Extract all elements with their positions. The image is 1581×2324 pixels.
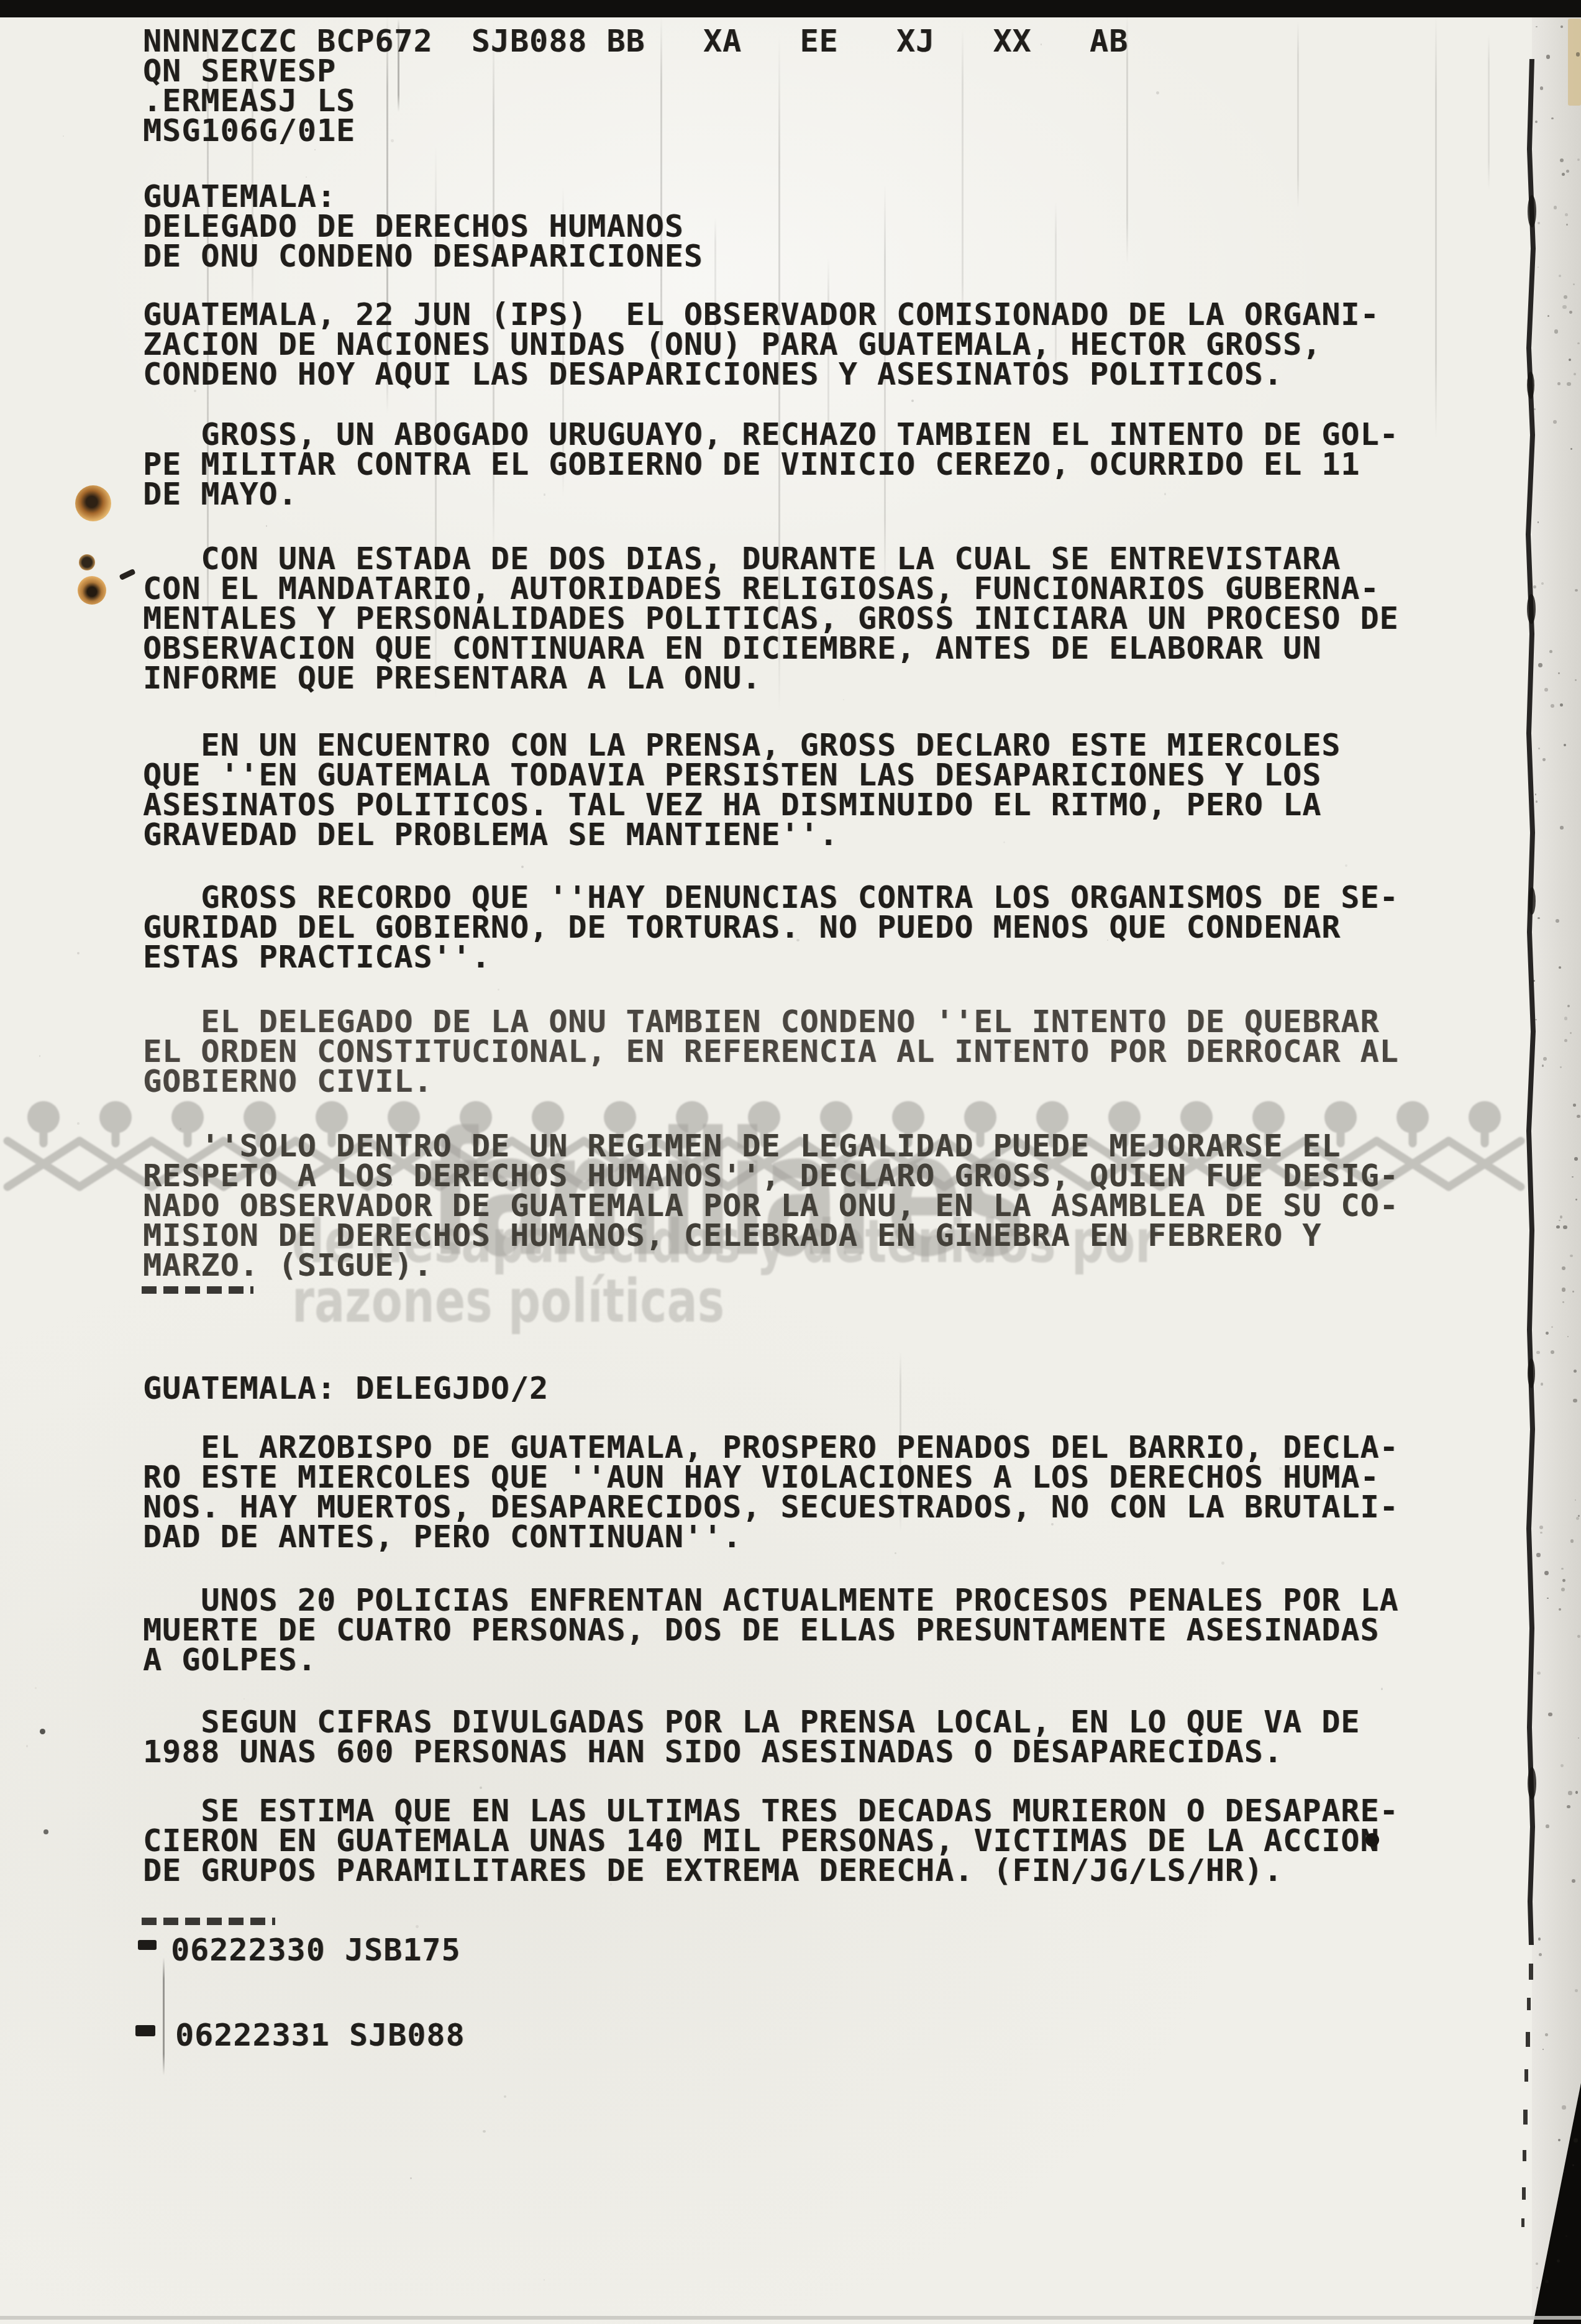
noise-speck bbox=[1562, 305, 1566, 309]
noise-speck bbox=[769, 1137, 772, 1140]
scan-bottom-edge-line bbox=[0, 2316, 1581, 2320]
noise-speck bbox=[1570, 1539, 1574, 1542]
noise-speck bbox=[1560, 1215, 1562, 1218]
noise-speck bbox=[1572, 1291, 1574, 1292]
noise-speck bbox=[1558, 672, 1560, 674]
noise-speck bbox=[1573, 1104, 1575, 1106]
noise-speck bbox=[1546, 1824, 1549, 1828]
noise-speck bbox=[1051, 1523, 1054, 1526]
rust-spot-large bbox=[75, 485, 111, 521]
noise-speck bbox=[969, 1816, 972, 1819]
noise-speck bbox=[1381, 1688, 1383, 1690]
noise-speck bbox=[180, 1128, 181, 1129]
noise-speck bbox=[1570, 1032, 1572, 1034]
noise-speck bbox=[1551, 117, 1553, 119]
noise-speck bbox=[1572, 1176, 1574, 1178]
noise-speck bbox=[1559, 1608, 1561, 1611]
noise-speck bbox=[504, 2095, 506, 2098]
noise-speck bbox=[1536, 1351, 1539, 1354]
noise-speck bbox=[1578, 1737, 1579, 1739]
noise-speck bbox=[1573, 283, 1575, 285]
scan-crease-streak bbox=[1435, 16, 1437, 438]
noise-speck bbox=[1542, 758, 1545, 761]
noise-speck bbox=[1533, 980, 1535, 982]
typed-block-paragraph: GROSS RECORDO QUE ''HAY DENUNCIAS CONTRA… bbox=[143, 882, 1399, 972]
noise-speck bbox=[1559, 966, 1560, 968]
noise-speck bbox=[1544, 1571, 1549, 1575]
noise-speck bbox=[306, 176, 307, 178]
dashed-rule-end bbox=[142, 1918, 275, 1925]
noise-speck bbox=[1551, 704, 1554, 708]
noise-speck bbox=[1541, 1383, 1544, 1386]
noise-speck bbox=[77, 1122, 80, 1125]
rust-spot-small bbox=[79, 554, 95, 570]
typed-block-routing-header: NNNNZCZC BCP672 SJB088 BB XA EE XJ XX AB… bbox=[143, 26, 1128, 145]
typed-block-paragraph: ''SOLO DENTRO DE UN REGIMEN DE LEGALIDAD… bbox=[143, 1131, 1399, 1280]
noise-speck bbox=[1575, 589, 1577, 592]
noise-speck bbox=[947, 1010, 948, 1011]
noise-speck bbox=[498, 989, 499, 990]
noise-speck bbox=[633, 586, 636, 588]
noise-speck bbox=[1546, 1332, 1549, 1335]
noise-speck bbox=[1562, 2105, 1566, 2110]
noise-speck bbox=[1538, 521, 1539, 523]
noise-speck bbox=[1574, 2138, 1578, 2143]
noise-speck bbox=[1567, 1805, 1570, 1809]
typed-block-section-header: GUATEMALA: DELEGJDO/2 bbox=[143, 1373, 549, 1403]
serial-number-line-1: 06222330 JSB175 bbox=[171, 1935, 461, 1965]
noise-speck bbox=[1538, 663, 1542, 667]
rust-spot-medium bbox=[78, 576, 106, 605]
serial-bullet-2 bbox=[135, 2025, 155, 2036]
noise-speck bbox=[1545, 2033, 1548, 2036]
noise-speck bbox=[1574, 373, 1576, 375]
noise-speck bbox=[895, 1552, 896, 1554]
noise-speck bbox=[544, 493, 545, 495]
noise-speck bbox=[39, 1055, 41, 1057]
scan-crease-streak bbox=[1297, 22, 1299, 208]
noise-speck bbox=[1560, 703, 1563, 707]
noise-speck bbox=[1560, 1764, 1564, 1767]
noise-speck bbox=[1540, 86, 1544, 90]
noise-speck bbox=[688, 309, 690, 311]
ink-speck-1 bbox=[40, 1729, 45, 1734]
noise-speck bbox=[1562, 173, 1565, 176]
noise-speck bbox=[1573, 1399, 1577, 1402]
noise-speck bbox=[1556, 919, 1559, 923]
noise-speck bbox=[1537, 1672, 1541, 1675]
noise-speck bbox=[1565, 213, 1568, 216]
noise-speck bbox=[1541, 582, 1544, 585]
noise-speck bbox=[483, 2130, 485, 2133]
noise-speck bbox=[1575, 1199, 1577, 1201]
typed-block-paragraph: CON UNA ESTADA DE DOS DIAS, DURANTE LA C… bbox=[143, 544, 1399, 693]
scan-crease-streak bbox=[1488, 34, 1490, 190]
noise-speck bbox=[1561, 1568, 1563, 1570]
noise-speck bbox=[1164, 493, 1167, 495]
serial-bullet-1 bbox=[138, 1940, 157, 1950]
noise-speck bbox=[610, 1883, 613, 1885]
telex-scan-page: familiares de desaparecidos y detenidos … bbox=[0, 0, 1581, 2324]
noise-speck bbox=[26, 1745, 28, 1747]
noise-speck bbox=[1557, 2259, 1560, 2262]
noise-speck bbox=[1564, 2171, 1566, 2173]
noise-speck bbox=[1543, 1057, 1547, 1061]
typed-block-paragraph: SEGUN CIFRAS DIVULGADAS POR LA PRENSA LO… bbox=[143, 1707, 1360, 1767]
noise-speck bbox=[1156, 91, 1159, 94]
noise-speck bbox=[1540, 1532, 1542, 1534]
noise-speck bbox=[1279, 1467, 1282, 1470]
noise-speck bbox=[266, 525, 267, 526]
typed-block-paragraph: EN UN ENCUENTRO CON LA PRENSA, GROSS DEC… bbox=[143, 730, 1341, 849]
noise-speck bbox=[1569, 359, 1571, 361]
typed-block-paragraph: SE ESTIMA QUE EN LAS ULTIMAS TRES DECADA… bbox=[143, 1796, 1399, 1885]
tan-edge-sliver bbox=[1568, 19, 1581, 106]
noise-speck bbox=[1560, 826, 1564, 830]
scan-top-edge-bar bbox=[0, 0, 1581, 17]
noise-speck bbox=[1539, 1526, 1543, 1529]
noise-speck bbox=[35, 1687, 37, 1689]
noise-speck bbox=[314, 149, 316, 150]
noise-speck bbox=[736, 1841, 738, 1843]
noise-speck bbox=[416, 1925, 419, 1928]
noise-speck bbox=[1570, 1255, 1573, 1258]
noise-speck bbox=[1569, 311, 1572, 314]
scan-edge-jagged-line bbox=[1519, 0, 1557, 2324]
noise-speck bbox=[1570, 448, 1572, 450]
noise-speck bbox=[1546, 55, 1550, 58]
noise-speck bbox=[1574, 1370, 1577, 1373]
noise-speck bbox=[1533, 585, 1536, 588]
noise-speck bbox=[1564, 1017, 1567, 1020]
noise-speck bbox=[77, 952, 80, 954]
typed-block-headline: GUATEMALA: DELEGADO DE DERECHOS HUMANOS … bbox=[143, 181, 703, 271]
noise-speck bbox=[391, 139, 393, 142]
noise-speck bbox=[521, 866, 524, 868]
noise-speck bbox=[63, 135, 64, 137]
noise-speck bbox=[1538, 917, 1540, 920]
typed-block-paragraph: GROSS, UN ABOGADO URUGUAYO, RECHAZO TAMB… bbox=[143, 419, 1399, 509]
noise-speck bbox=[1567, 1005, 1570, 1007]
typed-block-paragraph: EL DELEGADO DE LA ONU TAMBIEN CONDENO ''… bbox=[143, 1007, 1399, 1096]
typed-block-paragraph: GUATEMALA, 22 JUN (IPS) EL OBSERVADOR CO… bbox=[143, 300, 1380, 389]
noise-speck bbox=[1576, 52, 1580, 56]
serial-number-line-2: 06222331 SJB088 bbox=[175, 2020, 465, 2050]
noise-speck bbox=[244, 1698, 245, 1700]
noise-speck bbox=[1562, 1579, 1565, 1582]
noise-speck bbox=[410, 2177, 412, 2179]
noise-speck bbox=[1562, 1266, 1565, 1270]
noise-speck bbox=[911, 400, 914, 402]
noise-speck bbox=[1564, 295, 1567, 299]
noise-speck bbox=[1560, 1066, 1562, 1068]
noise-speck bbox=[1562, 1288, 1565, 1291]
noise-speck bbox=[1554, 206, 1557, 209]
noise-speck bbox=[1577, 1115, 1580, 1119]
noise-speck bbox=[1559, 275, 1561, 277]
noise-speck bbox=[1568, 1791, 1572, 1795]
noise-speck bbox=[1560, 25, 1562, 27]
noise-speck bbox=[1563, 1225, 1567, 1229]
ink-speck-2 bbox=[43, 1829, 48, 1834]
noise-speck bbox=[1556, 1225, 1560, 1229]
noise-speck bbox=[1545, 2280, 1548, 2283]
noise-speck bbox=[1557, 382, 1560, 385]
typed-block-paragraph: EL ARZOBISPO DE GUATEMALA, PROSPERO PENA… bbox=[143, 1432, 1399, 1552]
noise-speck bbox=[391, 1184, 393, 1186]
noise-speck bbox=[1575, 1989, 1578, 1992]
noise-speck bbox=[1567, 382, 1570, 386]
noise-speck bbox=[1345, 864, 1347, 867]
noise-speck bbox=[1536, 800, 1538, 802]
noise-speck bbox=[544, 2279, 545, 2281]
noise-speck bbox=[404, 891, 407, 894]
noise-speck bbox=[1539, 1953, 1542, 1956]
typed-block-paragraph: UNOS 20 POLICIAS ENFRENTAN ACTUALMENTE P… bbox=[143, 1585, 1399, 1675]
ink-dash-mark bbox=[119, 569, 135, 580]
noise-speck bbox=[1549, 650, 1552, 653]
dashed-rule-sigue bbox=[142, 1286, 253, 1294]
noise-speck bbox=[1535, 121, 1538, 123]
pen-line-mark bbox=[163, 1957, 165, 2075]
ink-dot-right-margin bbox=[1365, 1833, 1379, 1847]
noise-speck bbox=[480, 1786, 482, 1789]
noise-speck bbox=[1536, 1553, 1541, 1557]
noise-speck bbox=[1536, 2262, 1538, 2265]
noise-speck bbox=[1572, 2164, 1574, 2166]
noise-speck bbox=[1559, 1220, 1560, 1221]
noise-speck bbox=[843, 699, 844, 700]
noise-speck bbox=[1221, 1562, 1224, 1565]
noise-speck bbox=[1577, 342, 1579, 344]
